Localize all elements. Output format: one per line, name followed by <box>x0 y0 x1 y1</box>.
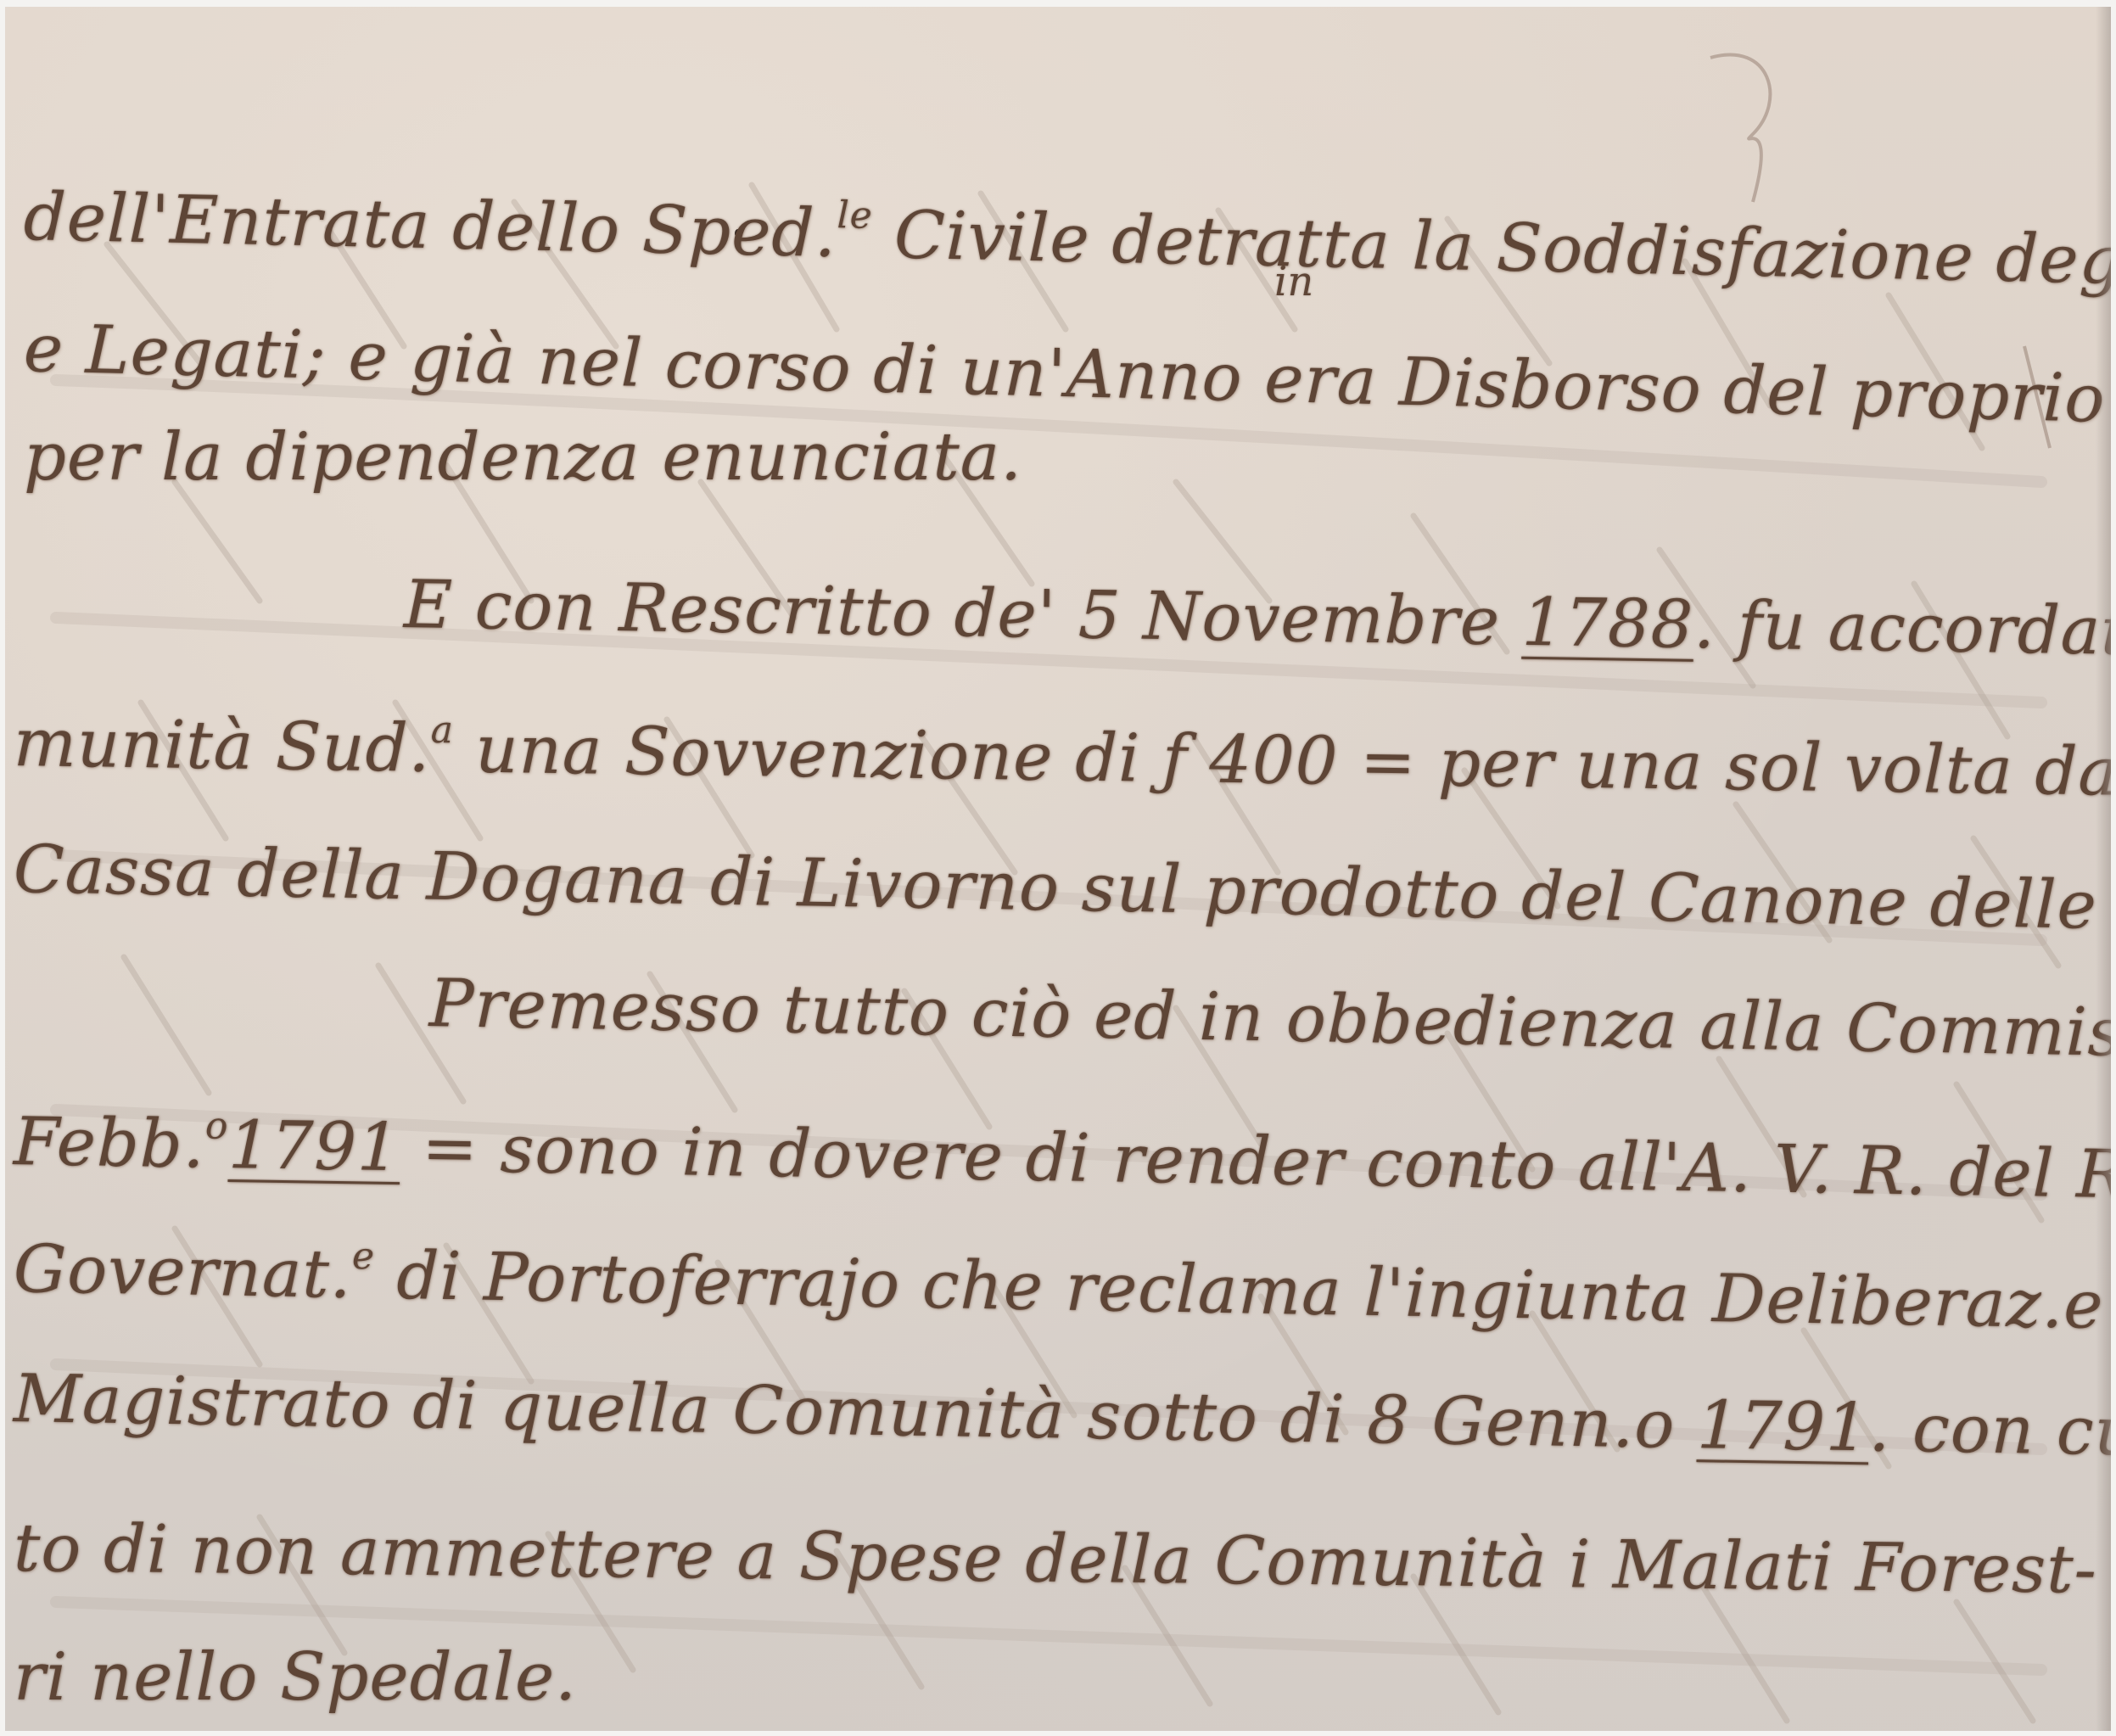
line-text: per la dipendenza enunciata. <box>24 419 1022 496</box>
line-text-cont: di Portoferrajo che reclama l'ingiunta D… <box>374 1237 2111 1349</box>
line-text: Cassa della Dogana di Livorno sul prodot… <box>13 832 2111 949</box>
line-text-cont: una Sovvenzione di ƒ 400 = per una sol v… <box>453 711 2111 812</box>
manuscript-line-5: munità Sud.a una Sovvenzione di ƒ 400 = … <box>13 703 2111 812</box>
line-text-cont: . con cui ha determina- <box>1868 1390 2111 1479</box>
line-text: Governat. <box>13 1231 352 1313</box>
line-text: Magistrato di quella Comunità sotto di 8… <box>13 1361 1698 1464</box>
line-text-cont: Civile detratta la Soddisfazione degli O… <box>871 197 2111 307</box>
manuscript-line-4: E con Rescritto de' 5 Novembre 1788. fu … <box>403 567 2111 675</box>
underlined-year: 1791 <box>227 1107 400 1186</box>
manuscript-page: in dell'Entrata dello Sped.le Civile det… <box>5 7 2111 1731</box>
superscript: o <box>205 1105 229 1148</box>
line-text: E con Rescritto de' 5 Novembre <box>403 567 1522 661</box>
line-text: dell'Entrata dello Sped. <box>23 179 837 272</box>
manuscript-line-3: per la dipendenza enunciata. <box>24 419 1022 496</box>
line-text-cont: = sono in dovere di render conto all'A. … <box>400 1110 2111 1218</box>
manuscript-line-8: Febb.o1791 = sono in dovere di render co… <box>13 1101 2111 1218</box>
line-text: e Legati; e già nel corso di un'Anno era <box>23 311 1400 421</box>
line-text: ri nello Spedale. <box>14 1639 577 1716</box>
underlined-year: 1791 <box>1696 1387 1869 1466</box>
line-text: to di non ammettere a Spese della Comuni… <box>14 1510 2098 1609</box>
line-text: Premesso tutto ciò ed in obbedienza alla… <box>428 966 2111 1077</box>
manuscript-line-10: Magistrato di quella Comunità sotto di 8… <box>13 1361 2111 1479</box>
manuscript-line-12: ri nello Spedale. <box>14 1639 577 1716</box>
line-text-cont: Disborso del proprio di £ 1961.11 <box>1398 344 2111 449</box>
line-text: munità Sud. <box>13 705 431 787</box>
line-text-cont: . fu accordato alla Co- <box>1693 587 2111 675</box>
manuscript-line-11: to di non ammettere a Spese della Comuni… <box>14 1510 2098 1609</box>
superscript: e <box>352 1235 376 1278</box>
line-text: Febb. <box>13 1104 205 1184</box>
manuscript-line-1: dell'Entrata dello Sped.le Civile detrat… <box>23 176 2111 307</box>
manuscript-line-6: Cassa della Dogana di Livorno sul prodot… <box>13 832 2111 949</box>
page-edge-shadow <box>2096 7 2111 1731</box>
underlined-year: 1788 <box>1521 585 1694 664</box>
manuscript-line-7: Premesso tutto ciò ed in obbedienza alla… <box>428 966 2111 1077</box>
manuscript-line-9: Governat.e di Portoferrajo che reclama l… <box>13 1229 2111 1349</box>
superscript: le <box>837 193 873 238</box>
superscript: a <box>430 708 454 752</box>
